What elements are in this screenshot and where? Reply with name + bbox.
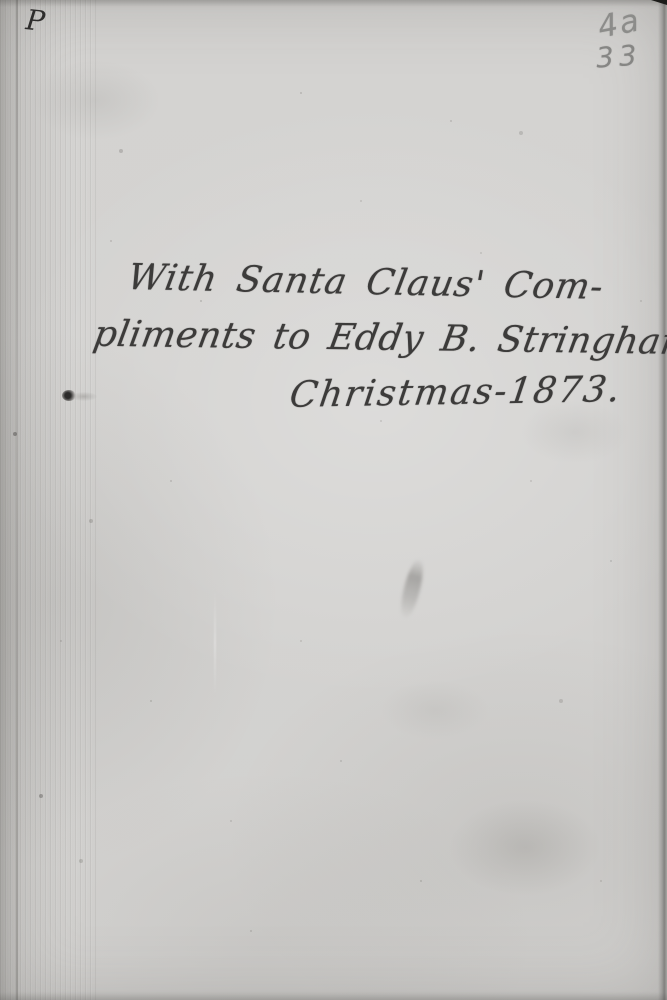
pencil-page-number-33: 33 bbox=[595, 38, 643, 74]
page-edge-shadow-top bbox=[0, 0, 667, 7]
ink-blot bbox=[62, 390, 76, 401]
stain-top-left bbox=[30, 60, 160, 140]
inscription-line-1: With Santa Claus' Com- bbox=[124, 257, 607, 308]
scanned-book-flyleaf: P 4a 33 With Santa Claus' Com- pliments … bbox=[0, 0, 667, 1000]
paper-scratch bbox=[214, 588, 216, 698]
diagonal-smudge bbox=[397, 557, 428, 621]
inscription-line-3: Christmas-1873. bbox=[287, 369, 624, 416]
gutter-fold-line bbox=[16, 0, 18, 1000]
paper-specks bbox=[0, 0, 2, 2]
top-left-ink-mark: P bbox=[24, 3, 46, 38]
gutter-ribbed-texture bbox=[0, 0, 96, 1000]
page-edge-shadow-bottom bbox=[0, 992, 667, 1000]
stain-bottom-right bbox=[450, 800, 600, 895]
inscription-line-2: pliments to Eddy B. Stringham, bbox=[90, 314, 667, 363]
page-edge-shadow-right bbox=[658, 0, 667, 1000]
stain-lower-middle bbox=[380, 680, 490, 740]
